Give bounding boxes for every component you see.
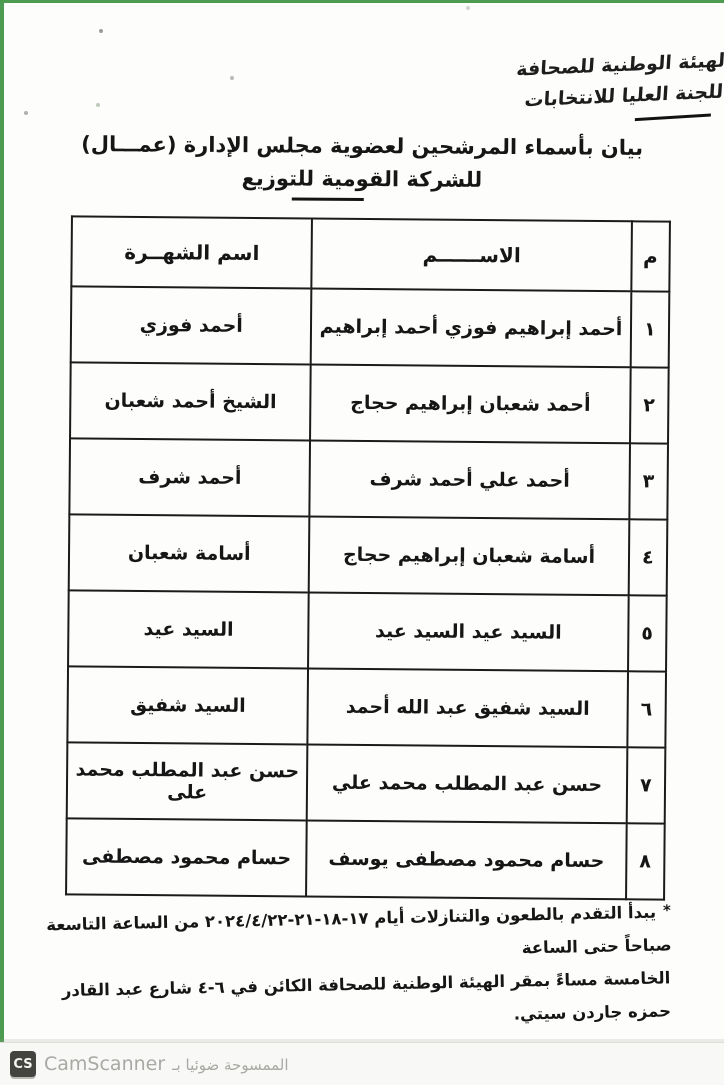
- cell-name: أسامة شعبان إبراهيم حجاج: [309, 516, 629, 595]
- table-row: ٧ حسن عبد المطلب محمد علي حسن عبد المطلب…: [67, 742, 666, 823]
- cell-name: السيد شفيق عبد الله أحمد: [308, 668, 628, 747]
- camscanner-bar: CS CamScanner الممسوحة ضوئيا بـ: [0, 1042, 724, 1085]
- cell-number: ١: [630, 291, 669, 367]
- cell-alias: حسن عبد المطلب محمد على: [67, 742, 308, 820]
- scanned-document-page: الهيئة الوطنية للصحافة اللجنة العليا للا…: [0, 0, 724, 1085]
- title-line-2: للشركة القومية للتوزيع: [0, 164, 724, 193]
- cell-name: أحمد إبراهيم فوزي أحمد إبراهيم: [311, 288, 631, 367]
- cell-number: ٢: [630, 367, 669, 443]
- camscanner-icon: CS: [10, 1051, 36, 1077]
- document-title: بيان بأسماء المرشحين لعضوية مجلس الإدارة…: [0, 131, 724, 203]
- header-name: الاســــــم: [312, 219, 632, 292]
- cell-name: أحمد شعبان إبراهيم حجاج: [310, 364, 630, 443]
- title-underline: [292, 198, 364, 202]
- table-row: ٥ السيد عيد السيد عيد السيد عيد: [68, 590, 667, 671]
- footnote-line-1-text: يبدأ التقدم بالطعون والتنازلات أيام ١٧-١…: [46, 903, 672, 958]
- cell-number: ٧: [626, 747, 665, 823]
- cell-alias: السيد عيد: [68, 590, 309, 668]
- table-row: ١ أحمد إبراهيم فوزي أحمد إبراهيم أحمد فو…: [71, 286, 670, 367]
- cell-number: ٣: [629, 443, 668, 519]
- cell-number: ٦: [627, 671, 666, 747]
- scan-specks: [0, 0, 2, 2]
- header-alias: اسم الشهــرة: [71, 216, 312, 288]
- camscanner-label: الممسوحة ضوئيا بـ: [172, 1054, 288, 1074]
- cell-number: ٤: [628, 519, 667, 595]
- cell-alias: الشيخ أحمد شعبان: [70, 362, 311, 440]
- cell-number: ٥: [628, 595, 667, 671]
- cell-name: أحمد علي أحمد شرف: [310, 440, 630, 519]
- cell-alias: حسام محمود مصطفى: [66, 818, 307, 896]
- cell-alias: أحمد شرف: [69, 438, 310, 516]
- scan-edge-top: [0, 0, 724, 3]
- header-number: م: [631, 221, 670, 291]
- cell-name: حسام محمود مصطفى يوسف: [306, 820, 626, 899]
- candidates-table: م الاســــــم اسم الشهــرة ١ أحمد إبراهي…: [65, 215, 671, 900]
- table-row: ٤ أسامة شعبان إبراهيم حجاج أسامة شعبان: [69, 514, 668, 595]
- table-row: ٢ أحمد شعبان إبراهيم حجاج الشيخ أحمد شعب…: [70, 362, 669, 443]
- cell-alias: أحمد فوزي: [71, 286, 312, 364]
- cell-alias: السيد شفيق: [67, 666, 308, 744]
- table-row: ٨ حسام محمود مصطفى يوسف حسام محمود مصطفى: [66, 818, 665, 899]
- cell-name: السيد عيد السيد عيد: [308, 592, 628, 671]
- camscanner-brand: CamScanner: [44, 1053, 165, 1075]
- stamp-underline: [635, 113, 711, 121]
- cell-number: ٨: [626, 823, 665, 899]
- footnote-bullet: *: [663, 901, 671, 919]
- table-header-row: م الاســــــم اسم الشهــرة: [71, 216, 670, 291]
- cell-name: حسن عبد المطلب محمد علي: [307, 744, 627, 823]
- title-line-1: بيان بأسماء المرشحين لعضوية مجلس الإدارة…: [0, 131, 724, 160]
- footnote-line-2: الخامسة مساءً بمقر الهيئة الوطنية للصحاف…: [38, 961, 671, 1040]
- table-row: ٣ أحمد علي أحمد شرف أحمد شرف: [69, 438, 668, 519]
- footnote: *يبدأ التقدم بالطعون والتنازلات أيام ١٧-…: [37, 894, 674, 1040]
- cell-alias: أسامة شعبان: [69, 514, 310, 592]
- handwritten-stamp: الهيئة الوطنية للصحافة اللجنة العليا للا…: [513, 45, 724, 126]
- table-row: ٦ السيد شفيق عبد الله أحمد السيد شفيق: [67, 666, 666, 747]
